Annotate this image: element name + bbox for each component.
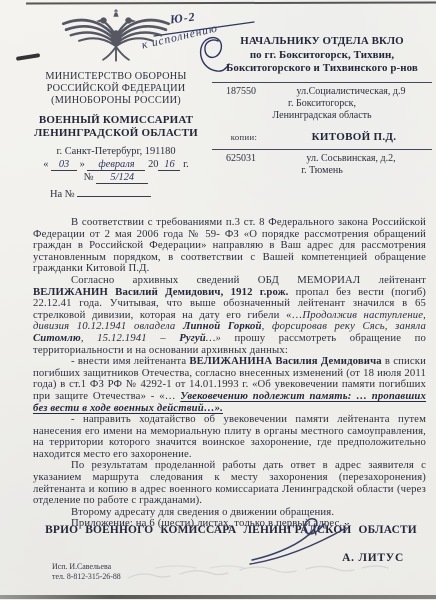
date-year-handwritten: 16 — [158, 159, 180, 171]
reply-blank-underline — [77, 186, 151, 197]
copy-city: г. Тюмень — [212, 165, 432, 177]
body-text-run: , 15.12.1941 – — [81, 332, 179, 344]
recipient-title-line: по гг. Бокситогорск, Тихвин, — [212, 49, 432, 63]
recipient-title: НАЧАЛЬНИКУ ОТДЕЛА ВКЛО по гг. Бокситогор… — [212, 35, 432, 76]
body-text-run: Второму адресату для сведения о движении… — [71, 506, 334, 518]
copy-label: копии: — [212, 132, 276, 142]
body-paragraph: - направить ходатайство об увековечении … — [33, 414, 426, 460]
date-year-suffix: г. — [183, 159, 189, 170]
body-text-run: По результатам проделанной работы дать о… — [33, 459, 426, 506]
reply-label: На № — [50, 189, 75, 200]
ministry-line: (МИНОБОРОНЫ РОССИИ) — [14, 95, 218, 107]
recipient-zip: 187550 — [212, 86, 270, 98]
recipient-street: ул.Социалистическая, д.9 — [270, 86, 432, 98]
address-divider — [212, 149, 432, 150]
commissariat-line: ЛЕНИНГРАДСКОЙ ОБЛАСТИ — [14, 127, 218, 140]
body-paragraph: По результатам проделанной работы дать о… — [33, 460, 426, 506]
date-day-handwritten: 03 — [51, 159, 77, 171]
body-text-run: Согласно архивных сведений ОБД МЕМОРИАЛ … — [71, 274, 426, 286]
date-year-printed: 20 — [148, 159, 158, 170]
body-text-run: Ситомлю — [33, 332, 81, 344]
scan-edge-bottom — [0, 595, 436, 599]
body-text-run: , форсировав реку Сясь, заняла — [262, 320, 426, 332]
body-paragraph: - внести имя лейтенанта ВЕЛИЖАНИНА Васил… — [33, 356, 426, 414]
recipient-block: НАЧАЛЬНИКУ ОТДЕЛА ВКЛО по гг. Бокситогор… — [212, 35, 432, 177]
recipient-region: Ленинградская область — [212, 110, 432, 122]
executor-phone: тел. 8-812-315-26-88 — [52, 572, 121, 582]
body-text-run: - внести имя лейтенанта — [71, 355, 189, 367]
copy-address-row: 625031 ул. Сосьвинская, д.2, — [212, 153, 432, 165]
body-text-run: - направить ходатайство об увековечении … — [33, 413, 426, 460]
commissariat-line: ВОЕННЫЙ КОМИССАРИАТ — [14, 114, 218, 127]
number-value-handwritten: 5/124 — [96, 172, 148, 184]
signatory-position: ВРИО ВОЕННОГО КОМИССАРА ЛЕНИНГРАДСКОЙ ОБ… — [36, 524, 426, 536]
ministry-emblem-eagle-icon — [56, 8, 176, 69]
recipient-title-line: Бокситогорского и Тихвинского р-нов — [212, 62, 432, 76]
address-divider — [212, 82, 432, 83]
copy-recipient-row: копии: КИТОВОЙ П.Д. — [212, 131, 432, 143]
body-text-run: ВЕЛИЖАНИН Василий Демидович, 1912 г.рож. — [33, 286, 288, 298]
ministry-name: МИНИСТЕРСТВО ОБОРОНЫ РОССИЙСКОЙ ФЕДЕРАЦИ… — [14, 71, 218, 107]
signatory-name: А. ЛИТУС — [342, 552, 404, 564]
date-quote-close: » — [80, 159, 85, 170]
body-text-run: В соответствии с требованиями п.3 ст. 8 … — [33, 216, 426, 274]
date-month-handwritten: февраля — [87, 159, 145, 171]
copy-street: ул. Сосьвинская, д.2, — [270, 153, 432, 165]
body-text-run: ВЕЛИЖАНИНА Василия Демидовича — [189, 355, 381, 367]
faint-pencil-note-icon — [126, 564, 428, 588]
copy-zip: 625031 — [212, 153, 270, 165]
scan-edge-top — [26, 1, 436, 4]
reply-reference-line: На № — [14, 186, 218, 200]
executor-name: Исп. И.Савельева — [52, 562, 121, 572]
ministry-line: МИНИСТЕРСТВО ОБОРОНЫ — [14, 71, 218, 83]
document-date-line: « 03 » февраля 2016 г. — [14, 159, 218, 171]
scanned-letter-page: Ю-2 к исполнению — [0, 0, 436, 600]
body-text-run: …» — [206, 332, 221, 344]
commissariat-name: ВОЕННЫЙ КОМИССАРИАТ ЛЕНИНГРАДСКОЙ ОБЛАСТ… — [14, 114, 218, 140]
sender-city-line: г. Санкт-Петербург, 191180 — [14, 146, 218, 157]
recipient-address-row: 187550 ул.Социалистическая, д.9 — [212, 86, 432, 98]
letterhead-sender-block: МИНИСТЕРСТВО ОБОРОНЫ РОССИЙСКОЙ ФЕДЕРАЦИ… — [14, 8, 218, 200]
number-label: № — [84, 172, 94, 183]
body-paragraph: В соответствии с требованиями п.3 ст. 8 … — [33, 217, 426, 275]
body-text-run: Липной Горкой — [183, 320, 262, 332]
letter-body: В соответствии с требованиями п.3 ст. 8 … — [33, 217, 426, 530]
document-number-line: № 5/124 — [14, 172, 218, 184]
recipient-title-line: НАЧАЛЬНИКУ ОТДЕЛА ВКЛО — [212, 35, 432, 49]
copy-recipient-name: КИТОВОЙ П.Д. — [276, 131, 432, 143]
recipient-city: г. Бокситогорск, — [212, 98, 432, 110]
body-text-run: Ругуй — [179, 332, 206, 344]
date-quote-open: « — [43, 159, 48, 170]
body-paragraph: Согласно архивных сведений ОБД МЕМОРИАЛ … — [33, 275, 426, 356]
executor-block: Исп. И.Савельева тел. 8-812-315-26-88 — [52, 562, 121, 581]
ministry-line: РОССИЙСКОЙ ФЕДЕРАЦИИ — [14, 83, 218, 95]
